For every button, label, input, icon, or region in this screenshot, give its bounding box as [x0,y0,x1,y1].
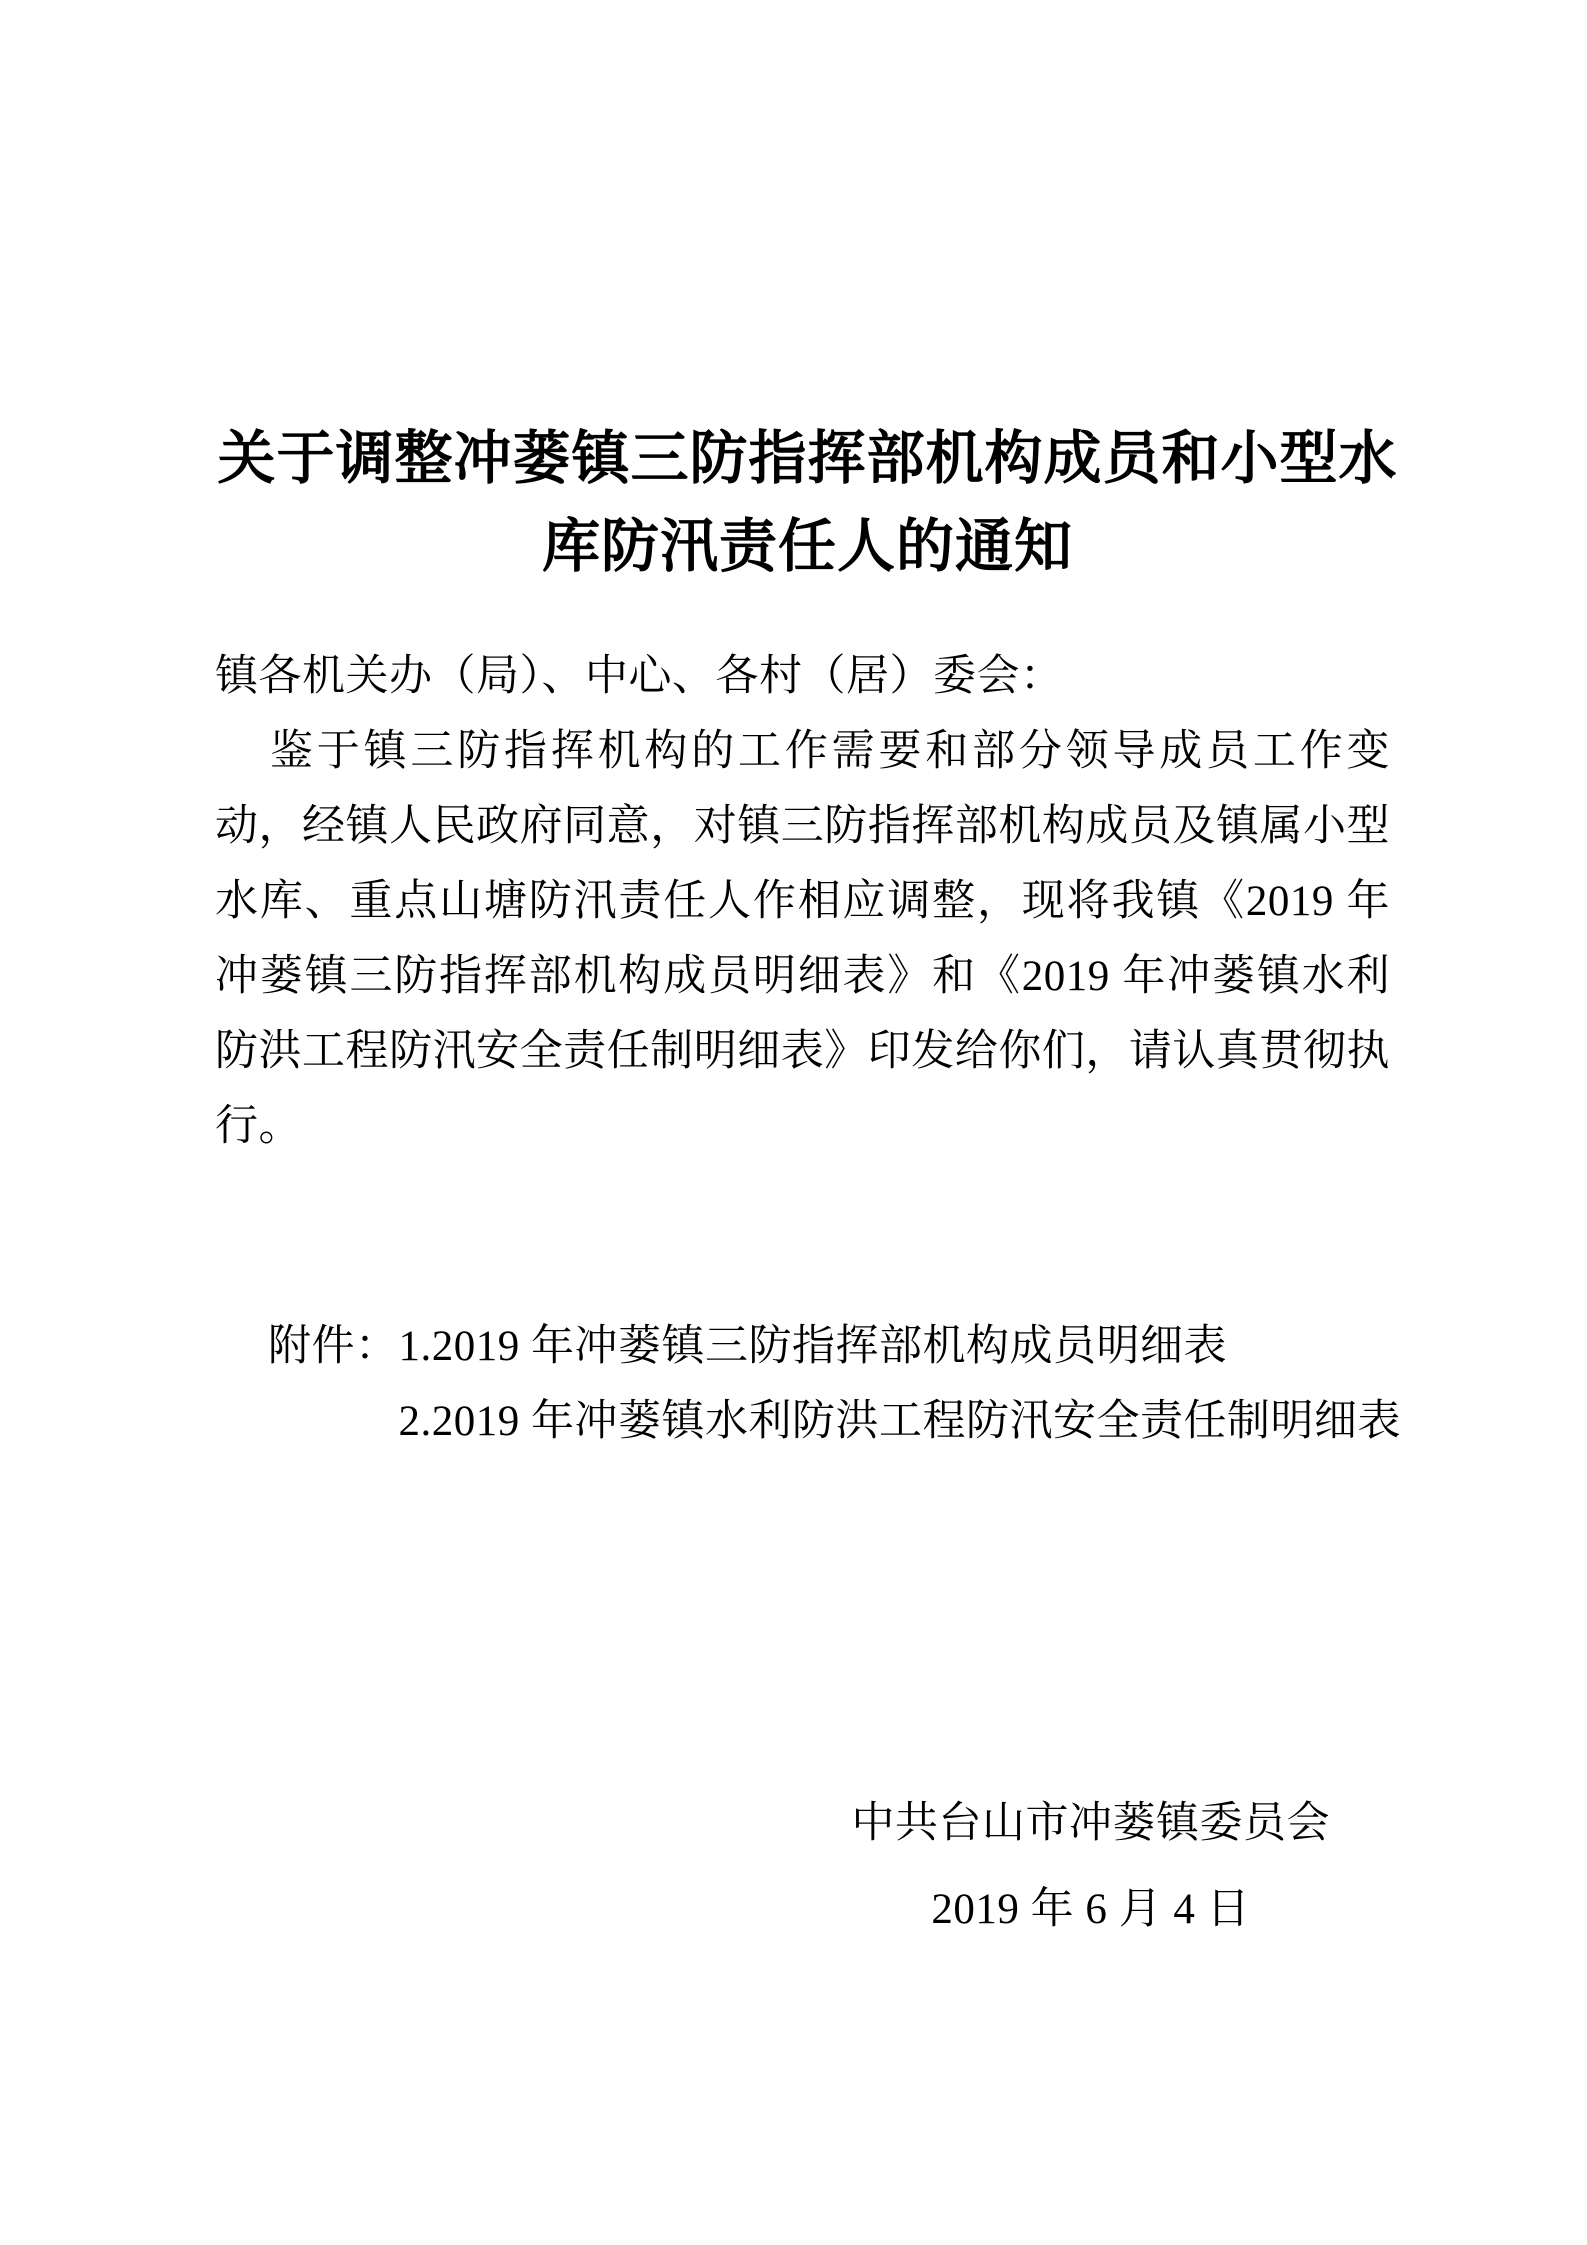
body-paragraph: 鉴于镇三防指挥机构的工作需要和部分领导成员工作变动，经镇人民政府同意，对镇三防指… [215,714,1390,1164]
document-page: 关于调整冲蒌镇三防指挥部机构成员和小型水库防汛责任人的通知 镇各机关办（局）、中… [0,0,1587,2245]
issue-date: 2019 年 6 月 4 日 [852,1867,1331,1953]
salutation-line: 镇各机关办（局）、中心、各村（居）委会： [215,639,1390,714]
attachment-item-2: 2.2019 年冲蒌镇水利防洪工程防汛安全责任制明细表 [399,1384,1402,1459]
attachment-item-1: 1.2019 年冲蒌镇三防指挥部机构成员明细表 [399,1309,1402,1384]
signature-block: 中共台山市冲蒌镇委员会 2019 年 6 月 4 日 [852,1781,1331,1953]
attachments-list: 1.2019 年冲蒌镇三防指挥部机构成员明细表 2.2019 年冲蒌镇水利防洪工… [399,1309,1402,1459]
attachments-label: 附件： [268,1309,399,1384]
document-title: 关于调整冲蒌镇三防指挥部机构成员和小型水库防汛责任人的通知 [215,415,1400,591]
attachments-block: 附件： 1.2019 年冲蒌镇三防指挥部机构成员明细表 2.2019 年冲蒌镇水… [215,1309,1390,1459]
issuing-authority: 中共台山市冲蒌镇委员会 [852,1781,1331,1867]
